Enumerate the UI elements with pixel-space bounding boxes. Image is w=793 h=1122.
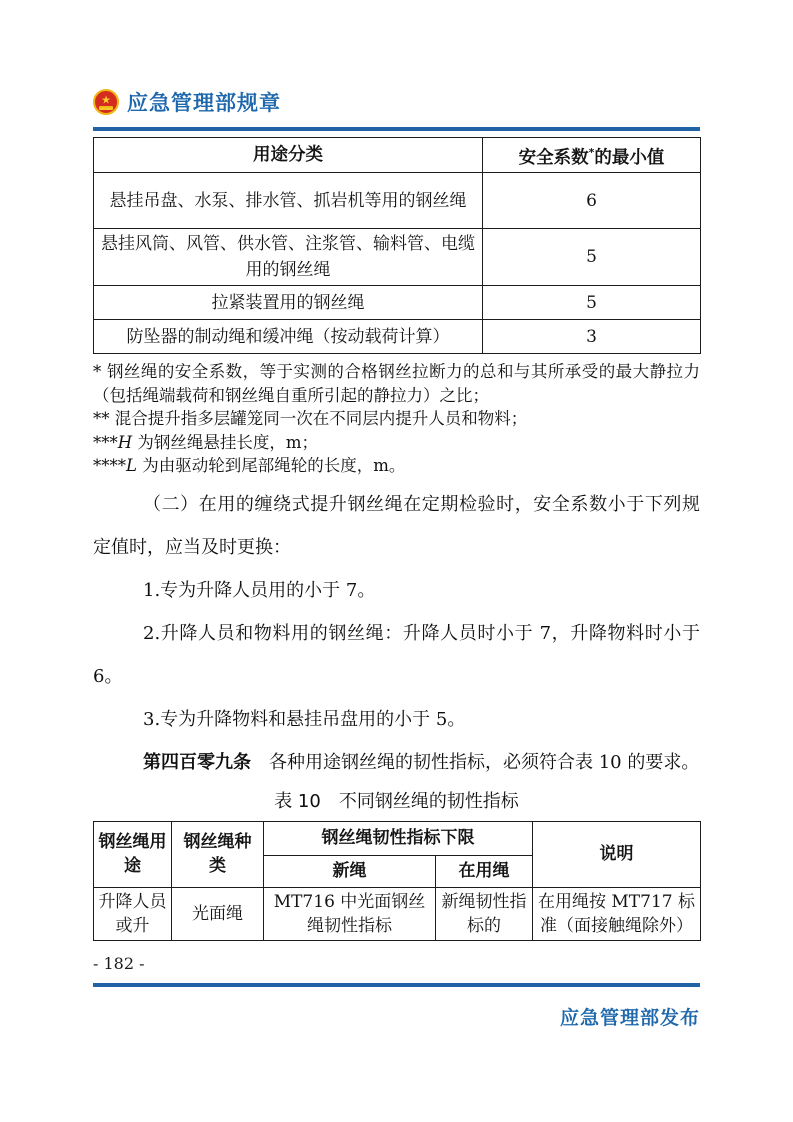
use-cell: 悬挂吊盘、水泵、排水管、抓岩机等用的钢丝绳 [94,173,483,229]
header-text: 的最小值 [594,147,664,167]
list-item-1: 1.专为升降人员用的小于 7。 [93,569,700,612]
rope-use-header: 钢丝绳用途 [94,821,172,887]
value-cell: 6 [483,173,701,229]
list-item-3: 3.专为升降物料和悬挂吊盘用的小于 5。 [93,698,700,741]
table-row: 升降人员或升 光面绳 MT716 中光面钢丝绳韧性指标 新绳韧性指标的 在用绳按… [94,887,701,940]
value-cell: 5 [483,229,701,286]
rope-type-header: 钢丝绳种类 [172,821,264,887]
list-item-2: 2.升降人员和物料用的钢丝绳：升降人员时小于 7，升降物料时小于 6。 [93,612,700,698]
footer-rule [93,983,700,987]
variable-h: H [118,433,132,452]
footnote-text: 为钢丝绳悬挂长度，m； [132,433,318,452]
toughness-index-table: 钢丝绳用途 钢丝绳种类 钢丝绳韧性指标下限 说明 新绳 在用绳 升降人员或升 光… [93,821,701,941]
use-cell: 悬挂风筒、风管、供水管、注浆管、输料管、电缆用的钢丝绳 [94,229,483,286]
document-page: 应急管理部规章 用途分类 安全系数*的最小值 悬挂吊盘、水泵、排水管、抓岩机等用… [0,0,793,1122]
table-header-row: 用途分类 安全系数*的最小值 [94,137,701,173]
use-cell: 防坠器的制动绳和缓冲绳（按动载荷计算） [94,320,483,354]
table-row: 拉紧装置用的钢丝绳 5 [94,286,701,320]
use-cell: 拉紧装置用的钢丝绳 [94,286,483,320]
footnote-2: ** 混合提升指多层罐笼同一次在不同层内提升人员和物料； [93,407,700,431]
header-rule [93,127,700,131]
new-rope-cell: MT716 中光面钢丝绳韧性指标 [264,887,436,940]
table-footnotes: * 钢丝绳的安全系数，等于实测的合格钢丝拉断力的总和与其所承受的最大静拉力（包括… [93,360,700,478]
note-cell: 在用绳按 MT717 标准（面接触绳除外） [533,887,701,940]
variable-l: L [126,456,137,475]
footnote-4: ****L 为由驱动轮到尾部绳轮的长度，m。 [93,454,700,478]
safety-factor-table: 用途分类 安全系数*的最小值 悬挂吊盘、水泵、排水管、抓岩机等用的钢丝绳 6 悬… [93,137,701,355]
toughness-limit-header: 钢丝绳韧性指标下限 [264,821,533,855]
table-row: 悬挂风筒、风管、供水管、注浆管、输料管、电缆用的钢丝绳 5 [94,229,701,286]
footnote-marker: *** [93,433,118,452]
article-text: 各种用途钢丝绳的韧性指标，必须符合表 10 的要求。 [251,752,699,773]
value-cell: 3 [483,320,701,354]
paragraph-replace-rule: （二）在用的缠绕式提升钢丝绳在定期检验时，安全系数小于下列规定值时，应当及时更换… [93,483,700,569]
note-header: 说明 [533,821,701,887]
body-text: （二）在用的缠绕式提升钢丝绳在定期检验时，安全系数小于下列规定值时，应当及时更换… [93,483,700,784]
use-category-header: 用途分类 [94,137,483,173]
table-header-row: 钢丝绳用途 钢丝绳种类 钢丝绳韧性指标下限 说明 [94,821,701,855]
page-number: - 182 - [93,951,700,977]
table-row: 悬挂吊盘、水泵、排水管、抓岩机等用的钢丝绳 6 [94,173,701,229]
header-title: 应急管理部规章 [127,87,281,117]
footnote-marker: **** [93,456,126,475]
national-emblem-icon [93,89,119,115]
article-number: 第四百零九条 [143,752,251,773]
inuse-rope-header: 在用绳 [436,855,533,887]
header-text: 安全系数 [519,147,589,167]
publisher-label: 应急管理部发布 [93,1003,700,1030]
page-footer: - 182 - 应急管理部发布 [93,951,700,1030]
rope-type-cell: 光面绳 [172,887,264,940]
value-cell: 5 [483,286,701,320]
safety-factor-header: 安全系数*的最小值 [483,137,701,173]
footnote-3: ***H 为钢丝绳悬挂长度，m； [93,431,700,455]
inuse-rope-cell: 新绳韧性指标的 [436,887,533,940]
footnote-1: * 钢丝绳的安全系数，等于实测的合格钢丝拉断力的总和与其所承受的最大静拉力（包括… [93,360,700,407]
article-409: 第四百零九条 各种用途钢丝绳的韧性指标，必须符合表 10 的要求。 [93,741,700,784]
table-row: 防坠器的制动绳和缓冲绳（按动载荷计算） 3 [94,320,701,354]
page-content: 应急管理部规章 用途分类 安全系数*的最小值 悬挂吊盘、水泵、排水管、抓岩机等用… [0,0,793,941]
footnote-text: 为由驱动轮到尾部绳轮的长度，m。 [137,456,405,475]
rope-use-cell: 升降人员或升 [94,887,172,940]
page-header: 应急管理部规章 [93,84,700,120]
table-10-caption: 表 10 不同钢丝绳的韧性指标 [93,788,700,816]
new-rope-header: 新绳 [264,855,436,887]
